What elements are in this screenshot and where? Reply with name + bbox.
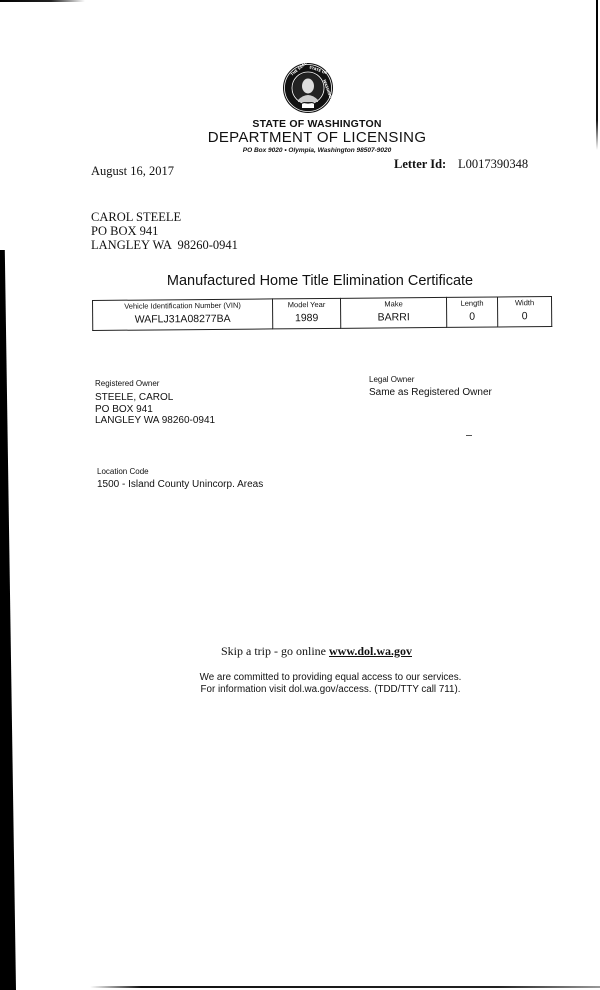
location-code-value: 1500 - Island County Unincorp. Areas	[97, 479, 263, 491]
letter-date: August 16, 2017	[91, 164, 174, 179]
make-cell: Make BARRI	[340, 297, 446, 328]
letter-page: THE SEAL STATE OF WASHINGTON STATE OF WA…	[0, 0, 600, 990]
model-year-value: 1989	[273, 312, 340, 326]
department-name: DEPARTMENT OF LICENSING	[0, 129, 600, 146]
skip-trip-text: Skip a trip - go online	[221, 644, 329, 658]
letter-id-value: L0017390348	[458, 157, 528, 172]
model-year-header: Model Year	[273, 300, 340, 310]
certificate-title: Manufactured Home Title Elimination Cert…	[0, 273, 600, 289]
registered-owner-block: STEELE, CAROL PO BOX 941 LANGLEY WA 9826…	[95, 392, 215, 427]
letter-id-label: Letter Id:	[394, 157, 446, 172]
registered-owner-line1: PO BOX 941	[95, 404, 215, 416]
model-year-cell: Model Year 1989	[272, 298, 340, 329]
table-row: Vehicle Identification Number (VIN) WAFL…	[93, 296, 552, 330]
location-code-label: Location Code	[97, 467, 149, 477]
make-header: Make	[341, 299, 446, 309]
length-header: Length	[447, 298, 497, 307]
vehicle-table: Vehicle Identification Number (VIN) WAFL…	[92, 296, 552, 331]
scan-edge-left	[0, 250, 16, 990]
registered-owner-line2: LANGLEY WA 98260-0941	[95, 415, 215, 427]
width-cell: Width 0	[497, 296, 551, 326]
addressee-block: CAROL STEELE PO BOX 941 LANGLEY WA 98260…	[91, 210, 238, 252]
width-header: Width	[498, 298, 551, 307]
skip-trip-line: Skip a trip - go online www.dol.wa.gov	[0, 644, 600, 659]
registered-owner-label: Registered Owner	[95, 379, 159, 389]
vin-header: Vehicle Identification Number (VIN)	[93, 300, 272, 311]
access-line-2: For information visit dol.wa.gov/access.…	[61, 684, 600, 696]
legal-owner-label: Legal Owner	[369, 375, 414, 385]
width-value: 0	[498, 310, 551, 323]
scan-edge-top	[0, 0, 85, 2]
vin-cell: Vehicle Identification Number (VIN) WAFL…	[93, 299, 273, 331]
website-link[interactable]: www.dol.wa.gov	[329, 644, 412, 658]
scan-edge-bottom	[90, 986, 600, 988]
state-seal-icon: THE SEAL STATE OF WASHINGTON	[282, 62, 334, 114]
access-note: We are committed to providing equal acce…	[0, 672, 600, 696]
addressee-line1: PO BOX 941	[91, 224, 238, 238]
length-value: 0	[447, 310, 497, 323]
length-cell: Length 0	[446, 297, 497, 327]
scan-speck	[466, 435, 472, 436]
legal-owner-value: Same as Registered Owner	[369, 387, 492, 399]
addressee-name: CAROL STEELE	[91, 210, 238, 224]
make-value: BARRI	[341, 311, 446, 325]
access-line-1: We are committed to providing equal acce…	[61, 672, 600, 684]
vin-value: WAFLJ31A08277BA	[93, 312, 272, 327]
registered-owner-name: STEELE, CAROL	[95, 392, 215, 404]
addressee-line2: LANGLEY WA 98260-0941	[91, 238, 238, 252]
department-address: PO Box 9020 • Olympia, Washington 98507-…	[0, 147, 600, 154]
